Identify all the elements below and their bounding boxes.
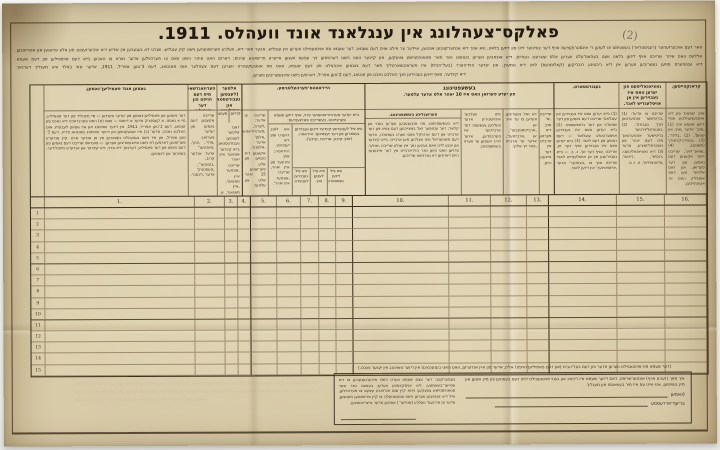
empty-entry-cell — [527, 296, 549, 307]
married-woman-group: בייא יעדער פערהייראטעטער פרוי, אויף דיזע… — [268, 110, 365, 195]
empty-entry-cell — [45, 219, 195, 231]
empty-entry-cell — [665, 273, 707, 284]
empty-entry-cell — [449, 307, 491, 318]
empty-entry-cell — [277, 274, 301, 285]
empty-entry-cell — [226, 342, 239, 353]
empty-entry-cell — [617, 284, 665, 295]
empty-entry-cell — [45, 331, 195, 343]
empty-entry-cell — [336, 319, 353, 330]
empty-entry-cell — [195, 286, 225, 297]
empty-entry-cell — [238, 297, 251, 308]
empty-entry-cell — [492, 341, 528, 352]
empty-entry-cell — [225, 297, 238, 308]
empty-entry-cell — [353, 207, 449, 219]
empty-entry-cell — [45, 252, 195, 264]
empty-entry-cell — [665, 261, 707, 272]
column-number: 2. — [195, 197, 225, 207]
empty-entry-cell — [252, 342, 278, 353]
empty-entry-cell — [278, 353, 302, 364]
empty-entry-cell — [301, 297, 319, 308]
age-females-label: פרויען. — [229, 111, 241, 123]
empty-entry-cell — [319, 207, 336, 218]
signature-line — [465, 392, 667, 398]
empty-entry-cell — [491, 229, 527, 240]
empty-entry-cell — [491, 318, 527, 329]
empty-entry-cell — [491, 329, 527, 340]
column-number: 1. — [45, 197, 195, 208]
empty-entry-cell — [336, 207, 353, 218]
column-number: 4. — [238, 196, 251, 206]
empty-entry-cell — [302, 364, 320, 375]
empty-entry-cell — [353, 330, 449, 342]
empty-entry-cell — [301, 207, 319, 218]
empty-entry-cell — [238, 241, 251, 252]
empty-entry-cell — [251, 308, 277, 319]
empty-entry-cell — [195, 241, 225, 252]
empty-entry-cell — [353, 263, 449, 275]
empty-entry-cell — [225, 319, 238, 330]
empty-entry-cell — [252, 353, 278, 364]
form-title: פאלקס־צעהלונג אין ענגלאנד אונד וועהלס. 1… — [2, 21, 715, 43]
empty-entry-cell — [302, 341, 320, 352]
census-table: נאמען אונד פאמיליען־נאמען. דער נאמען און… — [29, 81, 708, 377]
table-body: 123456789101112131415 — [31, 205, 708, 376]
occupation-strip-label: בעשעפטיגונג פון יעדע פערזאן וואס איז 10 … — [366, 83, 554, 110]
relationship-instructions: שרייבט אקעגען דעם נאמען פון יעדער פערזאן… — [188, 111, 216, 196]
empty-entry-cell — [549, 217, 617, 228]
row-number: 2 — [31, 220, 45, 231]
empty-entry-cell — [277, 207, 301, 218]
empty-entry-cell — [225, 241, 238, 252]
column-number: 12. — [491, 195, 527, 205]
empty-entry-cell — [336, 308, 353, 319]
empty-entry-cell — [617, 329, 665, 340]
age-strip-label: אלטער (לעצטען געבורטסטאג) און געשלעכט. — [217, 85, 241, 111]
empty-entry-cell — [528, 352, 550, 363]
signature-label: (נאמען — [671, 392, 685, 397]
empty-entry-cell — [195, 308, 225, 319]
empty-entry-cell — [319, 274, 336, 285]
empty-entry-cell — [618, 340, 666, 351]
empty-entry-cell — [251, 319, 277, 330]
empty-entry-cell — [549, 239, 617, 250]
census-form-sheet: (2) פאלקס־צעהלונג אין ענגלאנד אונד וועהל… — [2, 0, 717, 446]
empty-entry-cell — [491, 296, 527, 307]
empty-entry-cell — [319, 218, 336, 229]
empty-entry-cell — [336, 218, 353, 229]
empty-entry-cell — [617, 217, 665, 228]
row-number: 3 — [31, 231, 45, 242]
working-at-home-instructions: שרייבט ,יא' אויב דיא פערזאן ארבייט אין ד… — [540, 109, 554, 194]
empty-entry-cell — [238, 286, 251, 297]
empty-entry-cell — [549, 251, 617, 262]
empty-entry-cell — [449, 274, 491, 285]
married-woman-group-label: בייא יעדער פערהייראטעטער פרוי, אויף דיזע… — [268, 110, 364, 125]
empty-entry-cell — [665, 205, 707, 216]
column-number: 7. — [301, 196, 319, 206]
col-children-living-header: וויא פיל לעבען נאך. — [311, 168, 328, 195]
empty-entry-cell — [251, 241, 277, 252]
empty-entry-cell — [277, 230, 301, 241]
years-married-instructions: וויא לאנג דויערט שוין דיא יעצטיגע הייראט… — [268, 124, 291, 195]
empty-entry-cell — [251, 219, 277, 230]
empty-entry-cell — [549, 228, 617, 239]
empty-entry-cell — [665, 317, 707, 328]
empty-entry-cell — [239, 353, 252, 364]
infirmity-instructions: אויב יעמאנד פון דיא אויסגעצעהלטע אויף די… — [666, 108, 707, 193]
empty-entry-cell — [491, 240, 527, 251]
row-number: 4 — [31, 242, 45, 253]
empty-entry-cell — [45, 264, 195, 276]
col-working-at-home-header: שרייבט ,יא' אויב דיא פערזאן ארבייט אין ד… — [540, 109, 554, 194]
empty-entry-cell — [225, 308, 238, 319]
empty-entry-cell — [251, 330, 277, 341]
empty-entry-cell — [251, 252, 277, 263]
empty-entry-cell — [319, 252, 336, 263]
empty-entry-cell — [336, 285, 353, 296]
empty-entry-cell — [665, 306, 707, 317]
personal-occupation-instructions: דיא בעשעפטיגונג מוז אנגעגעבען ווערען גענ… — [366, 119, 461, 195]
empty-entry-cell — [251, 274, 277, 285]
empty-entry-cell — [45, 230, 195, 242]
empty-entry-cell — [527, 240, 549, 251]
empty-entry-cell — [225, 230, 238, 241]
side-signature-line — [341, 419, 416, 420]
birthplace-strip-label: געבורטסארט. — [554, 83, 619, 109]
empty-entry-cell — [251, 263, 277, 274]
row-number: 1 — [31, 208, 45, 219]
empty-entry-cell — [527, 318, 549, 329]
empty-entry-cell — [449, 229, 491, 240]
children-group-label: וויא פיל לעבעדיגע קינדער זיינען געבוירען… — [292, 124, 364, 168]
infirmity-strip-label: קראנקהייטען. — [666, 82, 707, 108]
empty-entry-cell — [617, 250, 665, 261]
empty-entry-cell — [449, 296, 491, 307]
row-number: 15 — [32, 365, 46, 376]
row-number: 12 — [31, 331, 45, 342]
empty-entry-cell — [238, 319, 251, 330]
empty-entry-cell — [449, 240, 491, 251]
empty-entry-cell — [301, 230, 319, 241]
postal-address-line — [495, 401, 649, 407]
empty-entry-cell — [319, 308, 336, 319]
empty-entry-cell — [617, 228, 665, 239]
empty-entry-cell — [336, 263, 353, 274]
empty-entry-cell — [225, 331, 238, 342]
col-relationship-header: פערוואנדשאפט מיט דעם הויפט פון דער פאמיל… — [188, 85, 217, 196]
empty-entry-cell — [196, 342, 226, 353]
empty-entry-cell — [353, 285, 449, 297]
empty-entry-cell — [549, 206, 617, 217]
empty-entry-cell — [225, 219, 238, 230]
empty-entry-cell — [45, 241, 195, 253]
empty-entry-cell — [665, 239, 707, 250]
empty-entry-cell — [617, 295, 665, 306]
empty-entry-cell — [450, 341, 492, 352]
empty-entry-cell — [617, 273, 665, 284]
empty-entry-cell — [278, 364, 302, 375]
empty-entry-cell — [277, 330, 301, 341]
column-number: 6. — [277, 196, 301, 206]
empty-entry-cell — [549, 284, 617, 295]
col-birthplace-header: געבורטסארט. (1) בייא יעדען וואס איז געבו… — [554, 83, 620, 194]
empty-entry-cell — [666, 351, 708, 362]
empty-entry-cell — [491, 217, 527, 228]
declaration-text: איך מאך (נעהם אויף) אונטערשריפט, דאס דיז… — [465, 376, 684, 390]
empty-entry-cell — [238, 219, 251, 230]
row-number: 13 — [32, 343, 46, 354]
names-strip-label: נאמען אונד פאמיליען־נאמען. — [44, 85, 188, 112]
empty-entry-cell — [527, 217, 549, 228]
empty-entry-cell — [301, 319, 319, 330]
empty-entry-cell — [336, 252, 353, 263]
empty-entry-cell — [449, 318, 491, 329]
column-number: 11. — [449, 195, 491, 205]
column-number: 15. — [617, 195, 665, 205]
empty-entry-cell — [277, 319, 301, 330]
empty-entry-cell — [46, 342, 196, 354]
column-number: 3. — [225, 197, 238, 207]
empty-entry-cell — [301, 285, 319, 296]
empty-entry-cell — [353, 218, 449, 230]
empty-entry-cell — [353, 229, 449, 241]
col-marital-status-header: שרייבט צו אדער: ,לעדיג', ,פערהייראטעט', … — [242, 110, 268, 195]
column-number: 8. — [319, 196, 336, 206]
empty-entry-cell — [492, 352, 528, 363]
row-number: 5 — [31, 253, 45, 264]
empty-entry-cell — [320, 353, 337, 364]
empty-entry-cell — [449, 206, 491, 217]
empty-entry-cell — [46, 364, 196, 376]
col-age-sex-header: אלטער (לעצטען געבורטסטאג) און געשלעכט. מ… — [217, 85, 243, 196]
empty-entry-cell — [527, 284, 549, 295]
empty-entry-cell — [617, 306, 665, 317]
empty-entry-cell — [491, 307, 527, 318]
col-names-header: נאמען אונד פאמיליען־נאמען. דער נאמען און… — [44, 85, 189, 197]
empty-entry-cell — [337, 341, 354, 352]
marital-status-instructions: שרייבט צו אדער: ,לעדיג', ,פערהייראטעט', … — [242, 110, 267, 195]
empty-entry-cell — [301, 218, 319, 229]
empty-entry-cell — [449, 285, 491, 296]
empty-entry-cell — [549, 262, 617, 273]
empty-entry-cell — [527, 262, 549, 273]
empty-entry-cell — [45, 297, 195, 309]
empty-entry-cell — [45, 308, 195, 320]
birthplace-instructions: (1) בייא יעדען וואס איז געבוירען אין ענג… — [554, 109, 619, 194]
empty-entry-cell — [527, 307, 549, 318]
empty-entry-cell — [251, 286, 277, 297]
empty-entry-cell — [46, 353, 196, 365]
empty-entry-cell — [617, 239, 665, 250]
nationality-strip-label: נאציאנאליטעט פון יעדען וואס איז געבוירען… — [620, 83, 665, 109]
empty-entry-cell — [319, 297, 336, 308]
empty-entry-cell — [251, 230, 277, 241]
empty-entry-cell — [549, 307, 617, 318]
empty-entry-cell — [353, 274, 449, 286]
col-children-died-header: וויא פיל זיינען געשטארבען. — [328, 168, 345, 195]
empty-entry-cell — [277, 218, 301, 229]
empty-entry-cell — [618, 351, 666, 362]
nationality-instructions: שרייבט צו אדער: (1) ,בריטישער אונטערטאן … — [620, 109, 666, 194]
marriage-strip-label: הייראטהס־פערהעלטניסע. — [242, 84, 364, 111]
empty-entry-cell — [353, 240, 449, 252]
empty-entry-cell — [665, 284, 707, 295]
empty-entry-cell — [527, 229, 549, 240]
age-subheaders: מענער. פרויען. — [217, 111, 241, 123]
postal-address-label: בריעף־אדרעססע — [651, 401, 685, 406]
empty-entry-cell — [301, 241, 319, 252]
empty-entry-cell — [527, 273, 549, 284]
industry-instructions: מיט וועלכער אינדוסטריע אדער וועלכען געשע… — [462, 109, 503, 194]
empty-entry-cell — [238, 263, 251, 274]
age-instructions: דאס אלטער לעצטען געבורטסטאג. בייא קינדער… — [217, 123, 241, 196]
empty-entry-cell — [251, 297, 277, 308]
empty-entry-cell — [665, 329, 707, 340]
empty-entry-cell — [239, 342, 252, 353]
empty-entry-cell — [527, 251, 549, 262]
empty-entry-cell — [195, 275, 225, 286]
column-number: 9. — [336, 196, 353, 206]
declaration-area: איך מאך (נעהם אויף) אונטערשריפט, דאס דיז… — [459, 373, 691, 424]
empty-entry-cell — [527, 329, 549, 340]
empty-entry-cell — [238, 308, 251, 319]
empty-entry-cell — [195, 319, 225, 330]
empty-entry-cell — [549, 295, 617, 306]
empty-entry-cell — [550, 351, 618, 362]
empty-entry-cell — [336, 241, 353, 252]
empty-entry-cell — [225, 263, 238, 274]
col-employer-worker-header: דא זאל געשריבען ווערען צו ער איז: אן ,אר… — [504, 109, 540, 194]
empty-entry-cell — [549, 318, 617, 329]
empty-entry-cell — [617, 262, 665, 273]
column-number: 5. — [251, 196, 277, 206]
age-males-label: מענער. — [217, 111, 229, 123]
declaration-side-note: בעמערקונג: דער עצם שעמא ווערט נישט איבער… — [335, 374, 460, 425]
empty-entry-cell — [45, 286, 195, 298]
empty-entry-cell — [319, 241, 336, 252]
col-children-born-header: וויא פיל געבוירען לעבעדיג. — [293, 168, 311, 195]
declaration-side-note-text: בעמערקונג: דער עצם שעמא ווערט נישט איבער… — [339, 377, 456, 405]
column-number: 10. — [353, 196, 449, 206]
empty-entry-cell — [549, 329, 617, 340]
empty-entry-cell — [665, 228, 707, 239]
empty-entry-cell — [239, 364, 252, 375]
empty-entry-cell — [238, 275, 251, 286]
row-number: 14 — [32, 354, 46, 365]
occupation-group-header: בעשעפטיגונג פון יעדע פערזאן וואס איז 10 … — [366, 83, 555, 195]
empty-entry-cell — [278, 342, 302, 353]
row-number: 11 — [31, 320, 45, 331]
empty-entry-cell — [617, 318, 665, 329]
empty-entry-cell — [277, 308, 301, 319]
empty-entry-cell — [226, 353, 239, 364]
empty-entry-cell — [225, 286, 238, 297]
intro-instructions: פאר דעם אויבערזעהער (רעגיסטראר) בעשטימט … — [15, 45, 702, 82]
empty-entry-cell — [527, 206, 549, 217]
empty-entry-cell — [196, 353, 226, 364]
personal-occupation-label: פערזענליכע בעשעפטיגונג. — [366, 110, 461, 119]
empty-entry-cell — [195, 252, 225, 263]
empty-entry-cell — [195, 219, 225, 230]
empty-entry-cell — [336, 274, 353, 285]
empty-entry-cell — [353, 318, 449, 330]
declaration-box: בעמערקונג: דער עצם שעמא ווערט נישט איבער… — [334, 372, 692, 426]
empty-entry-cell — [301, 308, 319, 319]
empty-entry-cell — [225, 252, 238, 263]
empty-entry-cell — [449, 262, 491, 273]
empty-entry-cell — [336, 229, 353, 240]
col-nationality-header: נאציאנאליטעט פון יעדען וואס איז געבוירען… — [620, 83, 667, 194]
empty-entry-cell — [195, 264, 225, 275]
empty-entry-cell — [277, 297, 301, 308]
empty-entry-cell — [301, 330, 319, 341]
empty-entry-cell — [196, 364, 226, 375]
col-years-married-header: וויא לאנג דויערט שוין דיא יעצטיגע הייראט… — [268, 124, 292, 195]
empty-entry-cell — [353, 296, 449, 308]
occupation-subtitle: פון יעדע פערזאן וואס איז 10 יאהר אלט אדע… — [403, 92, 515, 97]
empty-entry-cell — [666, 340, 708, 351]
empty-entry-cell — [301, 274, 319, 285]
empty-entry-cell — [665, 250, 707, 261]
column-number: 14. — [549, 195, 617, 205]
empty-entry-cell — [491, 262, 527, 273]
empty-entry-cell — [353, 251, 449, 263]
empty-entry-cell — [491, 206, 527, 217]
empty-entry-cell — [665, 295, 707, 306]
empty-entry-cell — [225, 275, 238, 286]
empty-entry-cell — [319, 330, 336, 341]
empty-entry-cell — [550, 340, 618, 351]
empty-entry-cell — [319, 285, 336, 296]
row-number: 9 — [31, 298, 45, 309]
column-number: 16. — [665, 194, 707, 204]
empty-entry-cell — [449, 329, 491, 340]
col-infirmity-header: קראנקהייטען. אויב יעמאנד פון דיא אויסגעצ… — [666, 82, 707, 193]
empty-entry-cell — [238, 207, 251, 218]
empty-entry-cell — [491, 285, 527, 296]
col-personal-occupation-header: פערזענליכע בעשעפטיגונג. דיא בעשעפטיגונג … — [366, 110, 462, 195]
children-group: וויא פיל לעבעדיגע קינדער זיינען געבוירען… — [292, 124, 365, 195]
names-instructions: דער נאמען און פאמיליען־נאמען פון יעדער פ… — [44, 111, 188, 197]
empty-entry-cell — [195, 331, 225, 342]
empty-entry-cell — [45, 275, 195, 287]
empty-entry-cell — [277, 241, 301, 252]
empty-entry-cell — [528, 340, 550, 351]
row-number: 10 — [31, 309, 45, 320]
column-number: 13. — [527, 195, 549, 205]
empty-entry-cell — [277, 263, 301, 274]
empty-entry-cell — [336, 297, 353, 308]
row-number: 6 — [31, 264, 45, 275]
empty-entry-cell — [449, 251, 491, 262]
empty-entry-cell — [354, 352, 450, 364]
empty-entry-cell — [252, 364, 278, 375]
empty-entry-cell — [301, 263, 319, 274]
empty-entry-cell — [238, 252, 251, 263]
row-number: 7 — [31, 275, 45, 286]
empty-entry-cell — [449, 218, 491, 229]
empty-entry-cell — [354, 341, 450, 353]
empty-entry-cell — [450, 352, 492, 363]
empty-entry-cell — [225, 208, 238, 219]
empty-entry-cell — [319, 319, 336, 330]
empty-entry-cell — [45, 208, 195, 220]
empty-entry-cell — [491, 251, 527, 262]
col-industry-header: מיט וועלכער אינדוסטריע אדער וועלכען געשע… — [462, 109, 504, 194]
empty-entry-cell — [195, 230, 225, 241]
row-number: 8 — [31, 287, 45, 298]
employer-worker-instructions: דא זאל געשריבען ווערען צו ער איז: אן ,אר… — [504, 109, 539, 194]
